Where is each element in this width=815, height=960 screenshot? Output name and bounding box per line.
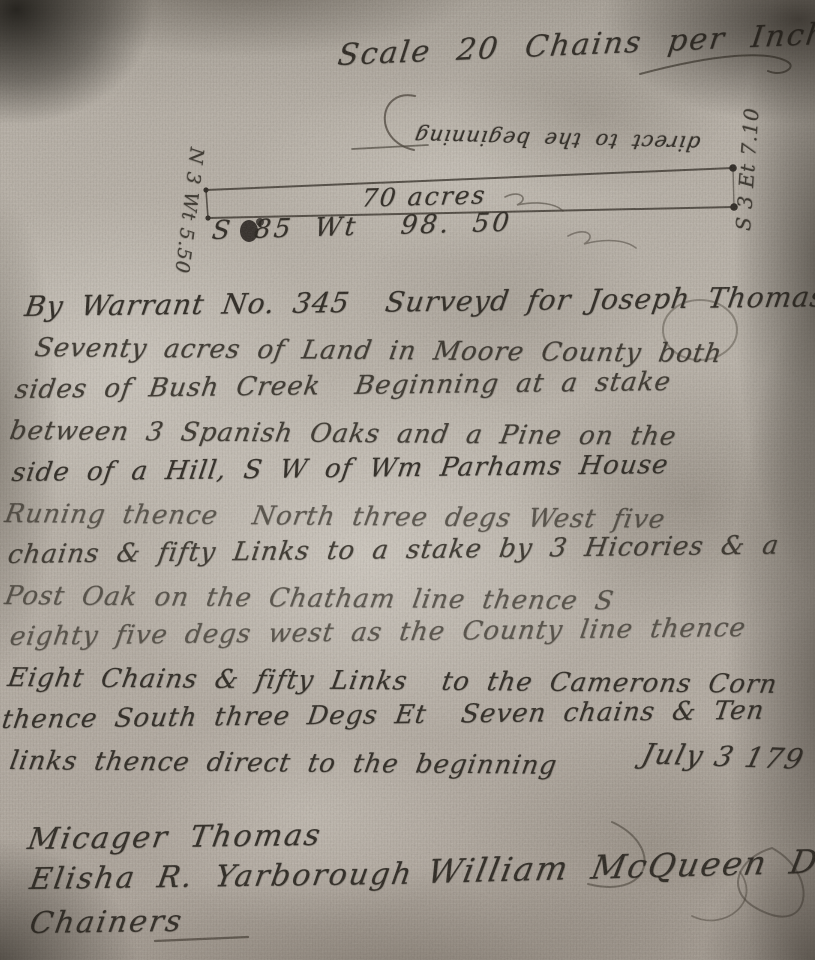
signature-chain-carrier-1: Micager Thomas [25,818,324,857]
plat-acreage-label: 70 acres [360,180,488,212]
body-line: Seventy acres of Land in Moore County bo… [32,333,724,369]
survey-document-page: Scale 20 Chains per Inch direct to the b… [0,0,815,960]
body-line: between 3 Spanish Oaks and a Pine on the [7,416,678,452]
chainers-label: Chainers [27,904,186,941]
survey-date: July 3 179 [639,737,809,776]
body-line: links thence direct to the beginning [7,746,559,781]
body-line: Runing thence North three degs West five [2,499,667,535]
signature-chain-carrier-2: Elisha R. Yarborough [27,857,416,897]
body-line: Post Oak on the Chatham line thence S [2,581,616,616]
